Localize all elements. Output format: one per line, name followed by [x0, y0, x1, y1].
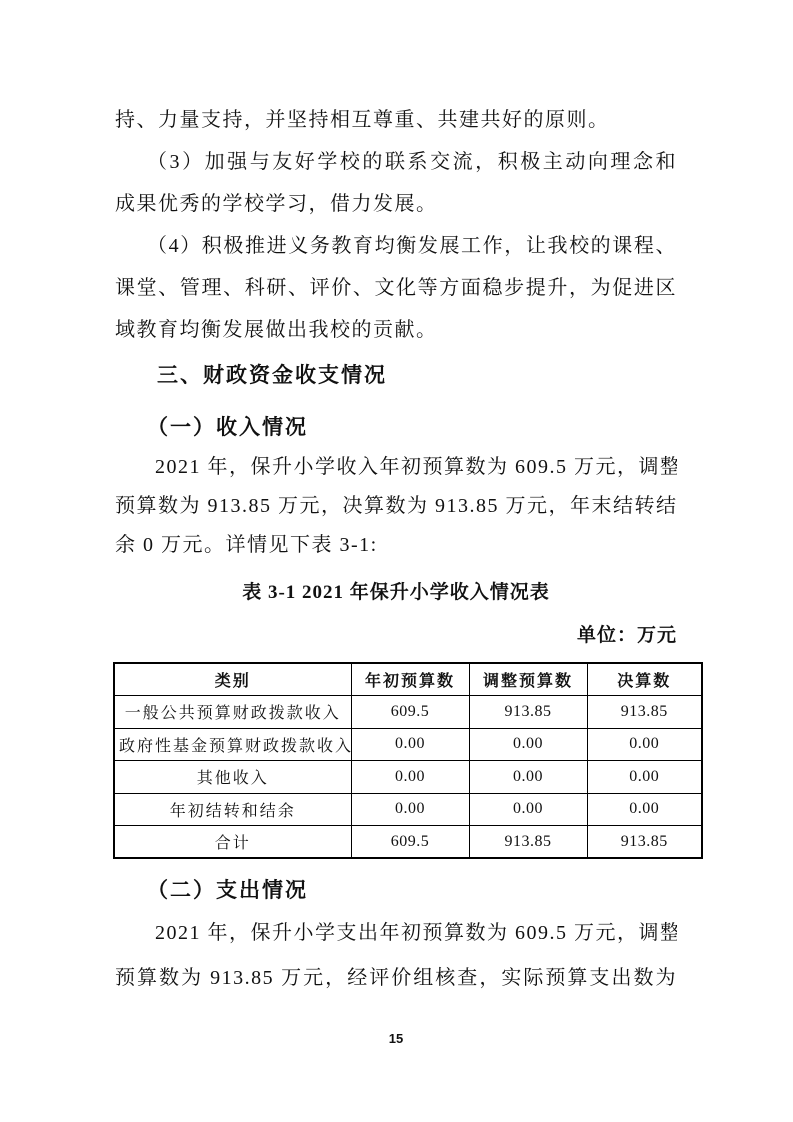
table-row: 一般公共预算财政拨款收入 609.5 913.85 913.85	[114, 696, 702, 729]
table-caption: 表 3-1 2021 年保升小学收入情况表	[115, 572, 677, 614]
value-cell: 0.00	[351, 761, 469, 794]
income-paragraph-line: 预算数为 913.85 万元，决算数为 913.85 万元，年末结转结	[115, 487, 677, 526]
paragraph-3-line: （3）加强与友好学校的联系交流，积极主动向理念和	[115, 141, 677, 183]
category-cell: 其他收入	[114, 761, 351, 794]
table-row: 其他收入 0.00 0.00 0.00	[114, 761, 702, 794]
page-number: 15	[115, 1029, 677, 1049]
paragraph-4-line: （4）积极推进义务教育均衡发展工作，让我校的课程、	[115, 225, 677, 267]
header-cell-category: 类别	[114, 663, 351, 696]
income-table: 类别 年初预算数 调整预算数 决算数 一般公共预算财政拨款收入 609.5 91…	[113, 662, 703, 859]
value-cell: 0.00	[469, 761, 587, 794]
value-cell: 609.5	[351, 826, 469, 859]
category-cell: 一般公共预算财政拨款收入	[114, 696, 351, 729]
value-cell: 0.00	[469, 793, 587, 826]
value-cell: 0.00	[587, 793, 702, 826]
table-row: 年初结转和结余 0.00 0.00 0.00	[114, 793, 702, 826]
value-cell: 0.00	[587, 728, 702, 761]
expense-paragraph-line: 预算数为 913.85 万元，经评价组核查，实际预算支出数为	[115, 956, 677, 1001]
value-cell: 609.5	[351, 696, 469, 729]
income-paragraph-line: 2021 年，保升小学收入年初预算数为 609.5 万元，调整	[115, 448, 677, 487]
value-cell: 913.85	[469, 696, 587, 729]
paragraph-4-line: 课堂、管理、科研、评价、文化等方面稳步提升，为促进区	[115, 267, 677, 309]
document-page: 持、力量支持，并坚持相互尊重、共建共好的原则。 （3）加强与友好学校的联系交流，…	[0, 0, 793, 1122]
value-cell: 0.00	[351, 728, 469, 761]
expense-paragraph-line: 2021 年，保升小学支出年初预算数为 609.5 万元，调整	[115, 911, 677, 956]
header-cell-initial-budget: 年初预算数	[351, 663, 469, 696]
section-heading: 三、财政资金收支情况	[115, 355, 677, 397]
value-cell: 0.00	[351, 793, 469, 826]
paragraph-continuation-line: 持、力量支持，并坚持相互尊重、共建共好的原则。	[115, 99, 677, 141]
unit-label: 单位：万元	[115, 615, 677, 657]
value-cell: 913.85	[587, 696, 702, 729]
value-cell: 913.85	[587, 826, 702, 859]
subsection-expense-heading: （二）支出情况	[115, 869, 677, 911]
table-row-total: 合计 609.5 913.85 913.85	[114, 826, 702, 859]
table-header-row: 类别 年初预算数 调整预算数 决算数	[114, 663, 702, 696]
category-cell: 政府性基金预算财政拨款收入	[114, 728, 351, 761]
value-cell: 913.85	[469, 826, 587, 859]
paragraph-4-line: 域教育均衡发展做出我校的贡献。	[115, 309, 677, 351]
header-cell-adjusted-budget: 调整预算数	[469, 663, 587, 696]
subsection-income-heading: （一）收入情况	[115, 406, 677, 448]
table-row: 政府性基金预算财政拨款收入 0.00 0.00 0.00	[114, 728, 702, 761]
category-cell: 年初结转和结余	[114, 793, 351, 826]
category-cell: 合计	[114, 826, 351, 859]
header-cell-final-accounts: 决算数	[587, 663, 702, 696]
income-paragraph-line: 余 0 万元。详情见下表 3-1:	[115, 526, 677, 565]
value-cell: 0.00	[587, 761, 702, 794]
value-cell: 0.00	[469, 728, 587, 761]
paragraph-3-line: 成果优秀的学校学习，借力发展。	[115, 183, 677, 225]
